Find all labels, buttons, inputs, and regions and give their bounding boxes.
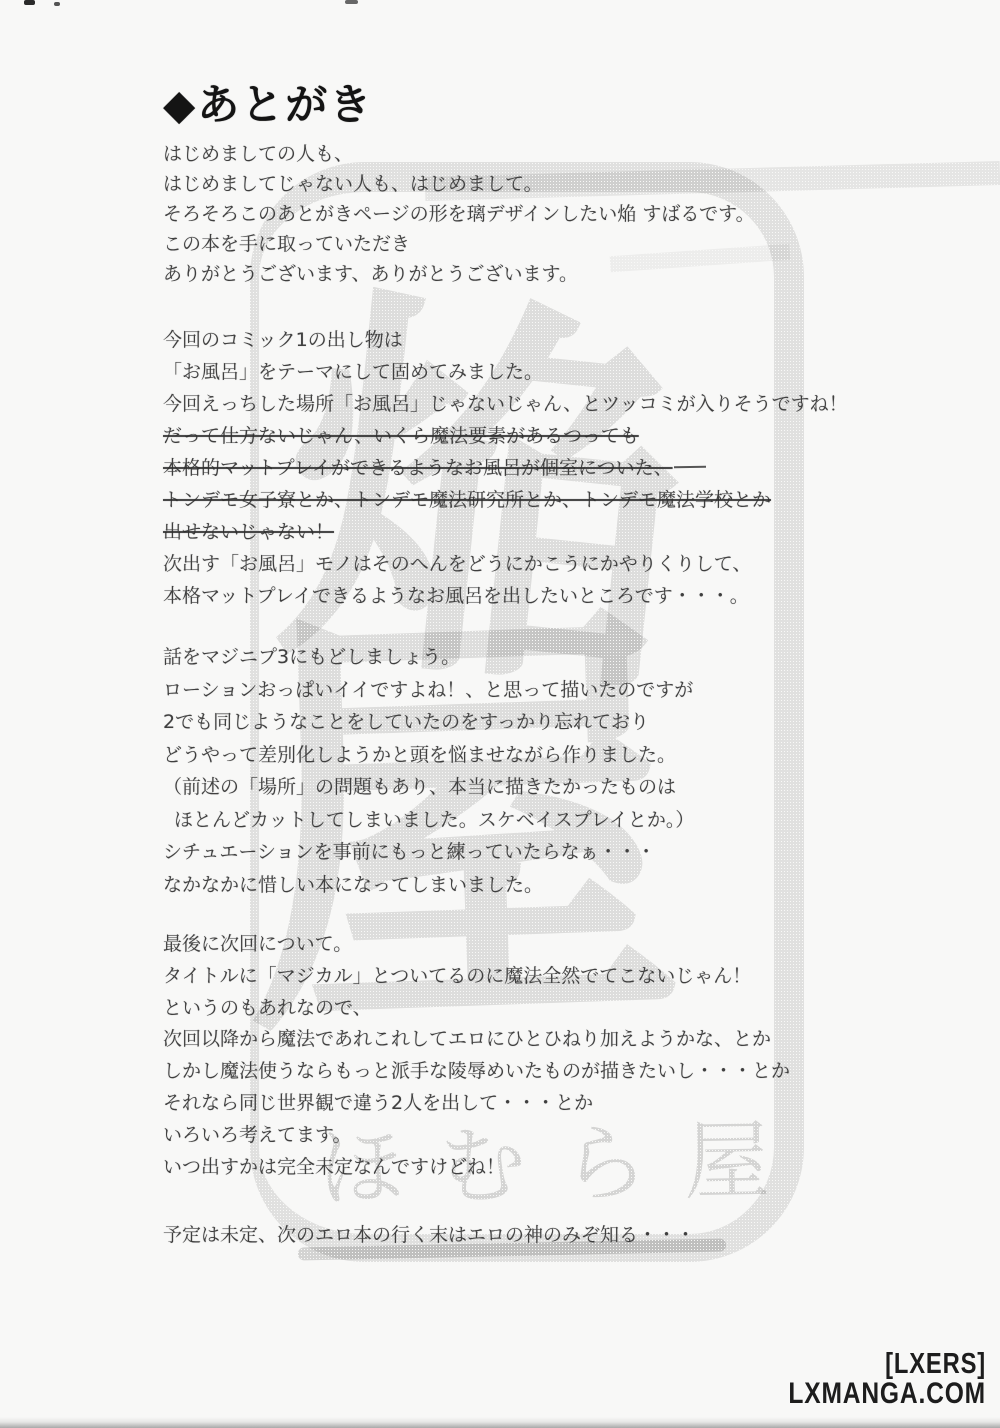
text-line: いろいろ考えてます。 bbox=[163, 1120, 790, 1152]
text-line: （前述の「場所」の問題もあり、本当に描きたかったものは bbox=[163, 771, 694, 804]
scanlation-watermark: [LXERS] LXMANGA.COM bbox=[788, 1350, 986, 1408]
struck-text-line: 本格的マットプレイができるようなお風呂が個室についた、 bbox=[163, 452, 848, 484]
struck-text: 本格的マットプレイができるようなお風呂が個室についた、 bbox=[163, 457, 673, 479]
strikethrough-tail bbox=[674, 465, 706, 468]
text-line: 最後に次回について。 bbox=[163, 929, 790, 961]
scan-speck bbox=[345, 0, 358, 4]
struck-text-line: 出せないじゃない！ bbox=[163, 516, 848, 548]
text-line: 「お風呂」をテーマにして固めてみました。 bbox=[163, 356, 848, 388]
manga-afterword-page: 焔 屋 ほむら屋 ◆あとがき はじめましての人も、 はじめましてじゃない人も、は… bbox=[0, 0, 1000, 1428]
text-line: なかなかに惜しい本になってしまいました。 bbox=[163, 869, 694, 902]
text-line: 次回以降から魔法であれこれしてエロにひとひねり加えようかな、とか bbox=[163, 1024, 790, 1056]
struck-text-line: トンデモ女子寮とか、トンデモ魔法研究所とか、トンデモ魔法学校とか bbox=[163, 484, 848, 516]
scan-speck bbox=[54, 2, 60, 6]
text-line: ありがとうございます、ありがとうございます。 bbox=[163, 259, 755, 289]
page-title: ◆あとがき bbox=[163, 72, 373, 132]
text-line: それなら同じ世界観で違う2人を出して・・・とか bbox=[163, 1088, 790, 1120]
text-line: この本を手に取っていただき bbox=[163, 229, 755, 259]
text-line: タイトルに「マジカル」とついてるのに魔法全然でてこないじゃん！ bbox=[163, 961, 790, 993]
text-line: どうやって差別化しようかと頭を悩ませながら作りました。 bbox=[163, 739, 694, 772]
text-line: 予定は未定、次のエロ本の行く末はエロの神のみぞ知る・・・ bbox=[163, 1220, 695, 1250]
text-line: ほとんどカットしてしまいました。スケベイスプレイとか。） bbox=[163, 804, 694, 837]
paragraph-maginip3: 話をマジニプ3にもどしましょう。 ローションおっぱいイイですよね！、と思って描い… bbox=[163, 641, 694, 901]
text-line: 2でも同じようなことをしていたのをすっかり忘れており bbox=[163, 706, 694, 739]
text-line: 次出す「お風呂」モノはそのへんをどうにかこうにかやりくりして、 bbox=[163, 548, 848, 580]
paragraph-greeting: はじめましての人も、 はじめましてじゃない人も、はじめまして。 そろそろこのあと… bbox=[163, 139, 755, 289]
text-line: 本格マットプレイできるようなお風呂を出したいところです・・・。 bbox=[163, 580, 848, 612]
text-line: シチュエーションを事前にもっと練っていたらなぁ・・・ bbox=[163, 836, 694, 869]
text-line: 今回えっちした場所「お風呂」じゃないじゃん、とツッコミが入りそうですね！ bbox=[163, 388, 848, 420]
paragraph-next-book: 最後に次回について。 タイトルに「マジカル」とついてるのに魔法全然でてこないじゃ… bbox=[163, 929, 790, 1183]
scanlation-tag: [LXERS] bbox=[788, 1350, 986, 1379]
struck-text-line: だって仕方ないじゃん、いくら魔法要素があるつっても bbox=[163, 420, 848, 452]
scan-speck bbox=[24, 0, 35, 5]
text-line: いつ出すかは完全未定なんですけどね！ bbox=[163, 1152, 790, 1184]
text-line: ローションおっぱいイイですよね！、と思って描いたのですが bbox=[163, 674, 694, 707]
text-line: そろそろこのあとがきページの形を璃デザインしたい焔 すばるです。 bbox=[163, 199, 755, 229]
text-line: 話をマジニプ3にもどしましょう。 bbox=[163, 641, 694, 674]
scanlation-site: LXMANGA.COM bbox=[788, 1379, 986, 1408]
text-line: というのもあれなので、 bbox=[163, 993, 790, 1025]
text-line: はじめましての人も、 bbox=[163, 139, 755, 169]
scan-edge-shadow bbox=[0, 1417, 1000, 1428]
text-line: しかし魔法使うならもっと派手な陵辱めいたものが描きたいし・・・とか bbox=[163, 1056, 790, 1088]
paragraph-bath-theme: 今回のコミック1の出し物は 「お風呂」をテーマにして固めてみました。 今回えっち… bbox=[163, 324, 848, 612]
text-line: 今回のコミック1の出し物は bbox=[163, 324, 848, 356]
paragraph-closing: 予定は未定、次のエロ本の行く末はエロの神のみぞ知る・・・ bbox=[163, 1220, 695, 1250]
text-line: はじめましてじゃない人も、はじめまして。 bbox=[163, 169, 755, 199]
